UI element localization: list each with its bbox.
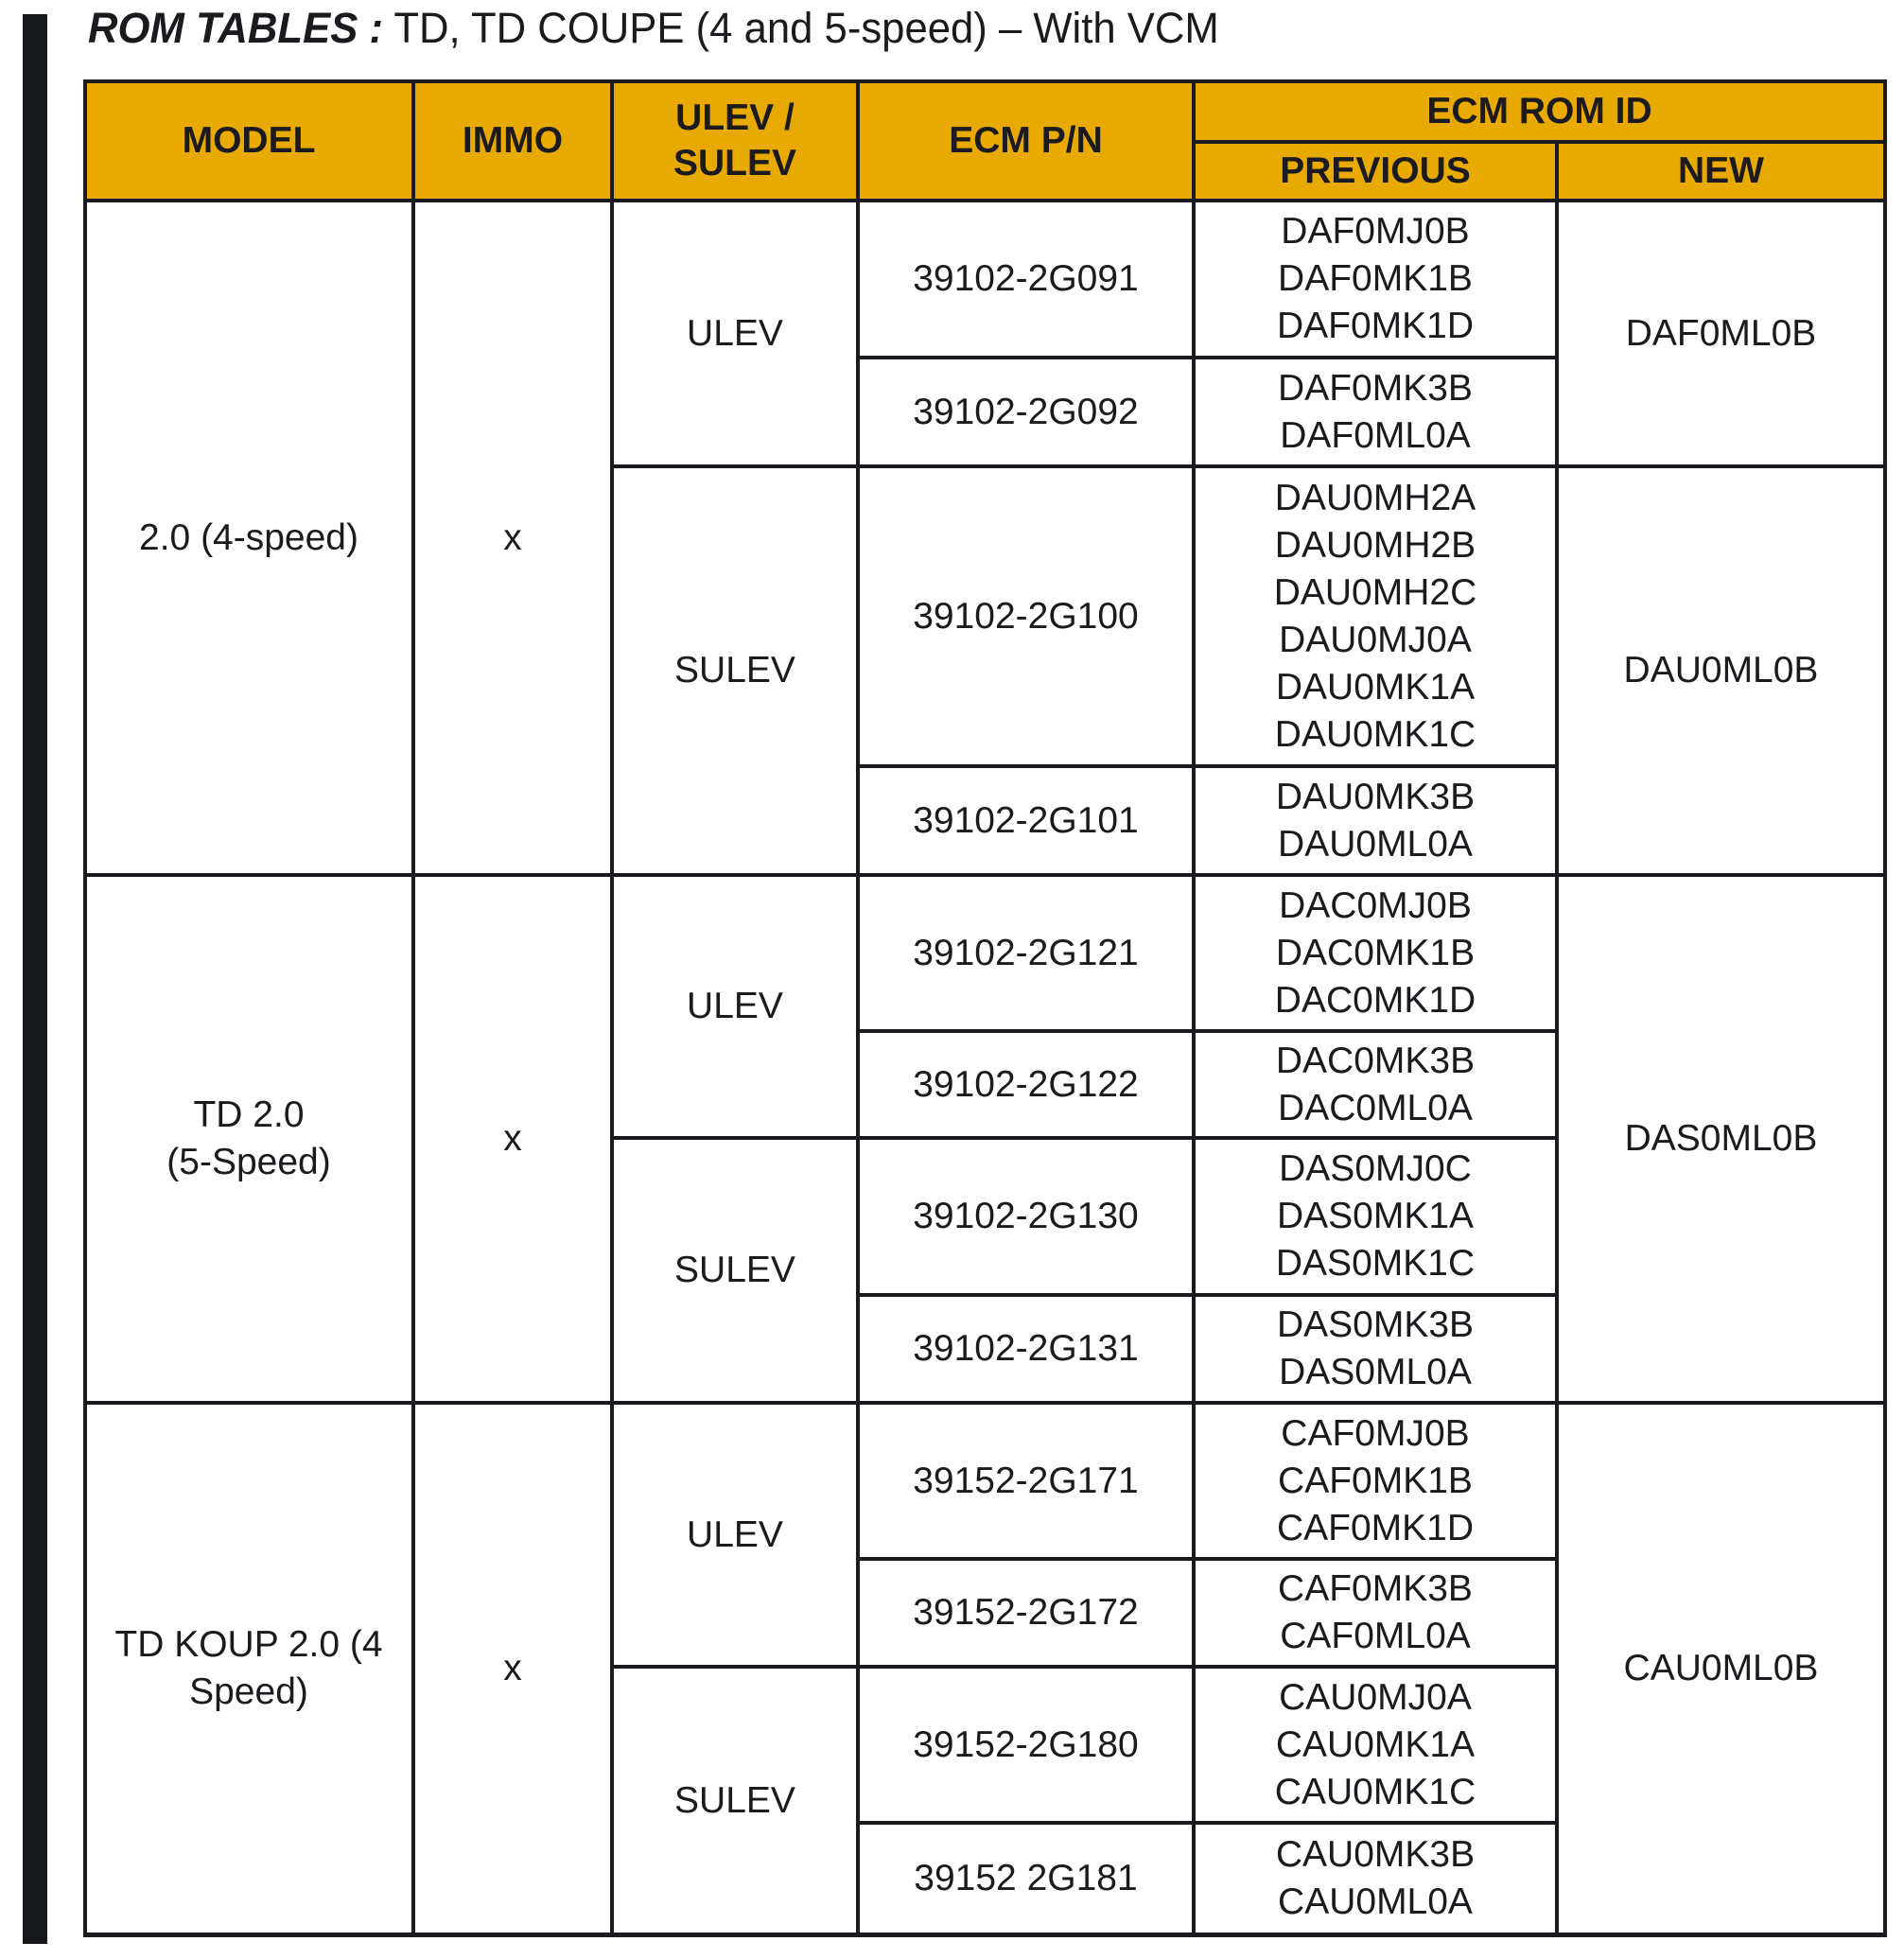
- previous-rom-cell-text: CAU0MK1C: [1275, 1769, 1476, 1816]
- ecm-pn-cell-text: 39152-2G172: [913, 1589, 1139, 1636]
- emission-cell-text: SULEV: [674, 1777, 795, 1825]
- previous-rom-cell: DAC0MK3BDAC0ML0A: [1194, 1031, 1557, 1138]
- previous-rom-cell-text: DAF0MK1B: [1278, 255, 1473, 303]
- previous-rom-cell-text: DAU0MH2B: [1275, 522, 1476, 569]
- new-rom-cell-text: DAF0ML0B: [1626, 310, 1817, 358]
- header-emission: ULEV /SULEV: [612, 81, 858, 201]
- header-ecm-pn: ECM P/N: [858, 81, 1194, 201]
- ecm-pn-cell-text: 39152-2G180: [913, 1722, 1139, 1769]
- emission-cell: SULEV: [612, 1138, 858, 1403]
- ecm-pn-cell-text: 39102-2G130: [913, 1193, 1139, 1240]
- previous-rom-cell: DAU0MK3BDAU0ML0A: [1194, 766, 1557, 875]
- immo-cell-text: x: [503, 1645, 522, 1692]
- new-rom-cell-text: DAU0ML0B: [1624, 647, 1819, 694]
- margin-bar: [23, 14, 47, 1944]
- ecm-pn-cell-text: 39102-2G131: [913, 1325, 1139, 1373]
- immo-cell: x: [413, 1403, 612, 1934]
- previous-rom-cell-text: DAU0MJ0A: [1279, 617, 1472, 664]
- header-immo: IMMO: [413, 81, 612, 201]
- new-rom-cell: CAU0ML0B: [1557, 1403, 1885, 1934]
- previous-rom-cell-text: DAS0ML0A: [1279, 1349, 1472, 1396]
- model-cell: TD 2.0(5-Speed): [84, 875, 413, 1403]
- ecm-pn-cell: 39152-2G180: [858, 1667, 1194, 1823]
- previous-rom-cell: DAF0MJ0BDAF0MK1BDAF0MK1D: [1194, 201, 1557, 358]
- header-emission-text: ULEV /: [675, 96, 795, 141]
- previous-rom-cell: DAC0MJ0BDAC0MK1BDAC0MK1D: [1194, 875, 1557, 1031]
- immo-cell-text: x: [503, 515, 522, 562]
- emission-cell: SULEV: [612, 466, 858, 875]
- previous-rom-cell-text: CAF0MK3B: [1278, 1565, 1473, 1613]
- previous-rom-cell: DAS0MJ0CDAS0MK1ADAS0MK1C: [1194, 1138, 1557, 1295]
- header-new-text: NEW: [1678, 149, 1764, 194]
- previous-rom-cell-text: DAF0MK1D: [1277, 303, 1474, 350]
- immo-cell: x: [413, 201, 612, 875]
- ecm-pn-cell-text: 39102-2G121: [913, 930, 1139, 977]
- new-rom-cell: DAS0ML0B: [1557, 875, 1885, 1403]
- ecm-pn-cell-text: 39102-2G122: [913, 1061, 1139, 1109]
- model-cell-text: TD KOUP 2.0 (4: [114, 1621, 382, 1669]
- previous-rom-cell-text: DAU0ML0A: [1278, 821, 1473, 868]
- ecm-pn-cell-text: 39102-2G100: [913, 593, 1139, 640]
- emission-cell-text: ULEV: [687, 310, 783, 358]
- previous-rom-cell-text: DAU0MH2C: [1274, 569, 1477, 617]
- header-new: NEW: [1557, 142, 1885, 201]
- previous-rom-cell-text: CAF0ML0A: [1280, 1613, 1471, 1660]
- previous-rom-cell: CAF0MJ0BCAF0MK1BCAF0MK1D: [1194, 1403, 1557, 1559]
- ecm-pn-cell: 39102-2G122: [858, 1031, 1194, 1138]
- immo-cell: x: [413, 875, 612, 1403]
- previous-rom-cell-text: CAU0ML0A: [1278, 1879, 1473, 1926]
- header-model-text: MODEL: [183, 118, 316, 164]
- previous-rom-cell: DAS0MK3BDAS0ML0A: [1194, 1295, 1557, 1403]
- ecm-pn-cell: 39102-2G100: [858, 466, 1194, 766]
- model-cell: 2.0 (4-speed): [84, 201, 413, 875]
- ecm-pn-cell: 39102-2G131: [858, 1295, 1194, 1403]
- ecm-pn-cell: 39152-2G172: [858, 1559, 1194, 1667]
- header-immo-text: IMMO: [463, 118, 563, 164]
- header-previous: PREVIOUS: [1194, 142, 1557, 201]
- previous-rom-cell-text: DAU0MK1C: [1275, 711, 1476, 759]
- model-cell-text: TD 2.0: [193, 1092, 304, 1139]
- previous-rom-cell-text: DAU0MK3B: [1276, 774, 1475, 821]
- previous-rom-cell-text: DAS0MK3B: [1277, 1302, 1474, 1349]
- new-rom-cell-text: DAS0ML0B: [1625, 1115, 1818, 1163]
- emission-cell-text: ULEV: [687, 983, 783, 1030]
- previous-rom-cell: DAF0MK3BDAF0ML0A: [1194, 358, 1557, 466]
- previous-rom-cell-text: CAU0MJ0A: [1279, 1674, 1472, 1722]
- model-cell-text: Speed): [189, 1669, 308, 1716]
- ecm-pn-cell-text: 39102-2G092: [913, 389, 1139, 436]
- previous-rom-cell-text: DAC0MK1D: [1275, 977, 1476, 1024]
- previous-rom-cell: CAU0MK3BCAU0ML0A: [1194, 1823, 1557, 1934]
- previous-rom-cell-text: DAU0MH2A: [1275, 475, 1476, 522]
- previous-rom-cell-text: DAS0MK1A: [1277, 1193, 1474, 1240]
- emission-cell-text: SULEV: [674, 1247, 795, 1294]
- new-rom-cell-text: CAU0ML0B: [1624, 1645, 1819, 1692]
- ecm-pn-cell: 39102-2G091: [858, 201, 1194, 358]
- previous-rom-cell-text: CAU0MK1A: [1276, 1722, 1475, 1769]
- previous-rom-cell-text: CAF0MK1B: [1278, 1458, 1473, 1505]
- header-ecm-rom-id: ECM ROM ID: [1194, 81, 1885, 142]
- previous-rom-cell-text: DAC0MJ0B: [1279, 883, 1472, 930]
- ecm-pn-cell: 39152 2G181: [858, 1823, 1194, 1934]
- previous-rom-cell-text: CAU0MK3B: [1276, 1831, 1475, 1879]
- ecm-pn-cell-text: 39152-2G171: [913, 1458, 1139, 1505]
- previous-rom-cell-text: DAF0ML0A: [1280, 412, 1471, 460]
- header-ecm-pn-text: ECM P/N: [949, 118, 1103, 164]
- ecm-pn-cell: 39152-2G171: [858, 1403, 1194, 1559]
- model-cell-text: 2.0 (4-speed): [139, 515, 358, 562]
- header-model: MODEL: [84, 81, 413, 201]
- ecm-pn-cell-text: 39102-2G091: [913, 255, 1139, 303]
- previous-rom-cell: CAF0MK3BCAF0ML0A: [1194, 1559, 1557, 1667]
- header-ecm-rom-id-text: ECM ROM ID: [1426, 89, 1651, 134]
- previous-rom-cell-text: CAF0MK1D: [1277, 1505, 1474, 1552]
- ecm-pn-cell-text: 39102-2G101: [913, 797, 1139, 845]
- previous-rom-cell-text: CAF0MJ0B: [1281, 1410, 1469, 1458]
- emission-cell: SULEV: [612, 1667, 858, 1934]
- emission-cell-text: SULEV: [674, 647, 795, 694]
- emission-cell: ULEV: [612, 1403, 858, 1667]
- header-previous-text: PREVIOUS: [1280, 149, 1471, 194]
- previous-rom-cell: CAU0MJ0ACAU0MK1ACAU0MK1C: [1194, 1667, 1557, 1823]
- immo-cell-text: x: [503, 1115, 522, 1163]
- new-rom-cell: DAF0ML0B: [1557, 201, 1885, 466]
- emission-cell: ULEV: [612, 201, 858, 466]
- page-title: ROM TABLES : TD, TD COUPE (4 and 5-speed…: [88, 4, 1219, 53]
- ecm-pn-cell-text: 39152 2G181: [914, 1855, 1137, 1902]
- header-emission-text: SULEV: [673, 141, 796, 186]
- page-title-rest: TD, TD COUPE (4 and 5-speed) – With VCM: [383, 4, 1219, 52]
- ecm-pn-cell: 39102-2G121: [858, 875, 1194, 1031]
- previous-rom-cell-text: DAF0MK3B: [1278, 365, 1473, 412]
- emission-cell-text: ULEV: [687, 1512, 783, 1559]
- new-rom-cell: DAU0ML0B: [1557, 466, 1885, 875]
- model-cell: TD KOUP 2.0 (4Speed): [84, 1403, 413, 1934]
- model-cell-text: (5-Speed): [166, 1139, 330, 1186]
- previous-rom-cell-text: DAF0MJ0B: [1281, 208, 1469, 255]
- previous-rom-cell-text: DAS0MJ0C: [1279, 1146, 1472, 1193]
- page-title-lead: ROM TABLES :: [88, 4, 383, 52]
- previous-rom-cell-text: DAC0MK3B: [1276, 1038, 1475, 1085]
- previous-rom-cell-text: DAU0MK1A: [1276, 664, 1475, 711]
- ecm-pn-cell: 39102-2G092: [858, 358, 1194, 466]
- emission-cell: ULEV: [612, 875, 858, 1138]
- previous-rom-cell: DAU0MH2ADAU0MH2BDAU0MH2CDAU0MJ0ADAU0MK1A…: [1194, 466, 1557, 766]
- previous-rom-cell-text: DAC0MK1B: [1276, 930, 1475, 977]
- previous-rom-cell-text: DAC0ML0A: [1278, 1085, 1473, 1132]
- ecm-pn-cell: 39102-2G130: [858, 1138, 1194, 1295]
- ecm-pn-cell: 39102-2G101: [858, 766, 1194, 875]
- previous-rom-cell-text: DAS0MK1C: [1276, 1240, 1475, 1287]
